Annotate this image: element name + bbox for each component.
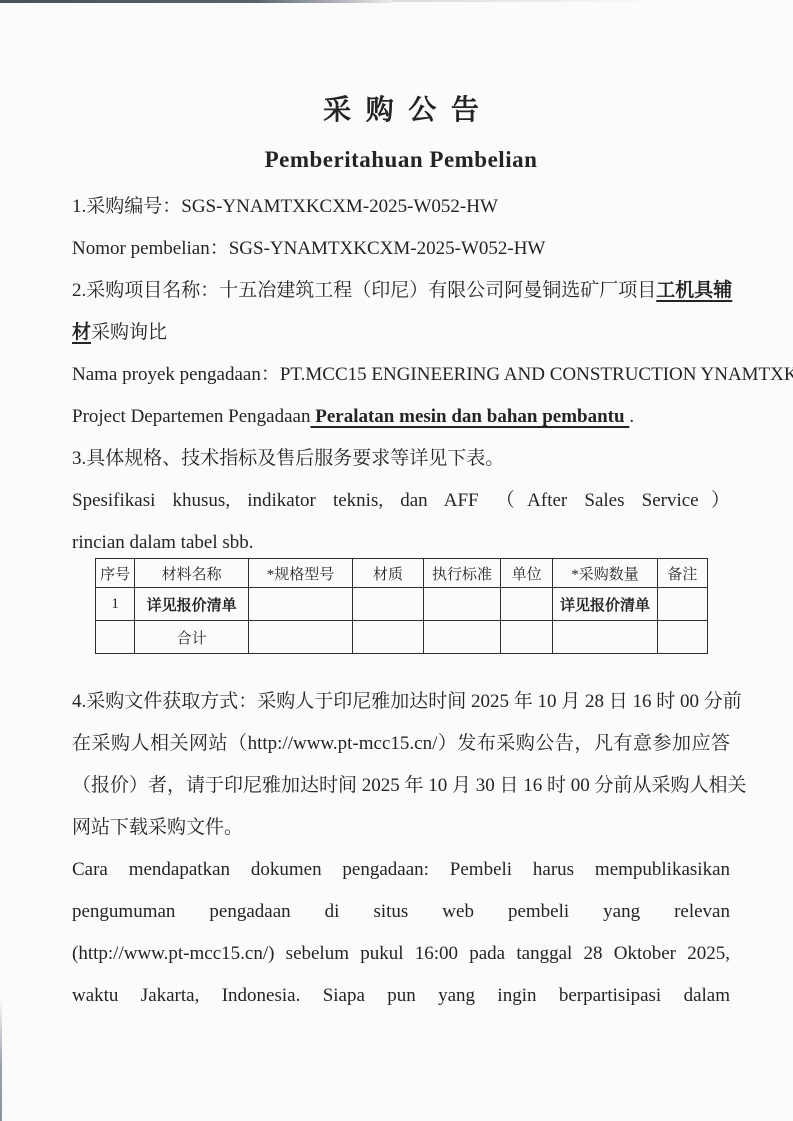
document-line: 网站下载采购文件。 (72, 807, 730, 849)
table-cell (553, 621, 658, 654)
document-line: 4.采购文件获取方式：采购人于印尼雅加达时间 2025 年 10 月 28 日 … (72, 681, 730, 723)
text-run: 2.采购项目名称：十五冶建筑工程（印尼）有限公司阿曼铜选矿厂项目 (72, 280, 656, 301)
underlined-text-run: Peralatan mesin dan bahan pembantu (310, 406, 629, 427)
text-run: (http://www.pt-mcc15.cn/) sebelum pukul … (72, 943, 730, 964)
text-run: 1.采购编号：SGS-YNAMTXKCXM-2025-W052-HW (72, 196, 498, 217)
text-run: 在采购人相关网站（http://www.pt-mcc15.cn/）发布采购公告，… (72, 733, 730, 754)
table-cell (353, 621, 424, 654)
specification-table: 序号材料名称*规格型号材质执行标准单位*采购数量备注1详见报价清单 详见报价清单… (95, 558, 708, 654)
document-line: 在采购人相关网站（http://www.pt-mcc15.cn/）发布采购公告，… (72, 723, 730, 765)
table-cell (353, 588, 424, 621)
text-run: （报价）者，请于印尼雅加达时间 2025 年 10 月 30 日 16 时 00… (72, 775, 747, 796)
document-line: (http://www.pt-mcc15.cn/) sebelum pukul … (72, 933, 730, 975)
table-cell: 合计 (135, 621, 249, 654)
document-line: 2.采购项目名称：十五冶建筑工程（印尼）有限公司阿曼铜选矿厂项目工机具辅 (72, 270, 730, 312)
table-row: 合计 (96, 621, 708, 654)
table-header-cell: 执行标准 (424, 559, 501, 588)
document-line: Cara mendapatkan dokumen pengadaan: Pemb… (72, 849, 730, 891)
text-run: Project Departemen Pengadaan (72, 406, 310, 427)
document-line: Spesifikasi khusus, indikator teknis, da… (72, 480, 730, 522)
table-cell (248, 588, 352, 621)
table-cell (501, 621, 553, 654)
table-header-cell: 单位 (501, 559, 553, 588)
paragraphs-after-table: 4.采购文件获取方式：采购人于印尼雅加达时间 2025 年 10 月 28 日 … (72, 681, 730, 1017)
document-line: 材采购询比 (72, 312, 730, 354)
scanned-document-page: 采购公告 Pemberitahuan Pembelian 1.采购编号：SGS-… (0, 0, 793, 1121)
table-header-cell: *采购数量 (553, 559, 658, 588)
table-header-cell: 序号 (96, 559, 135, 588)
document-content: 采购公告 Pemberitahuan Pembelian 1.采购编号：SGS-… (72, 0, 730, 1017)
paragraphs-before-table: 1.采购编号：SGS-YNAMTXKCXM-2025-W052-HWNomor … (72, 186, 730, 564)
document-line: waktu Jakarta, Indonesia. Siapa pun yang… (72, 975, 730, 1017)
text-run: pengumuman pengadaan di situs web pembel… (72, 901, 730, 922)
table-cell (657, 588, 707, 621)
table-cell: 详见报价清单 (553, 588, 658, 621)
text-run: Cara mendapatkan dokumen pengadaan: Pemb… (72, 859, 730, 880)
text-run: rincian dalam tabel sbb. (72, 532, 254, 553)
table-cell (657, 621, 707, 654)
table-header-cell: 材质 (353, 559, 424, 588)
table-header-cell: 备注 (657, 559, 707, 588)
table-cell: 1 (96, 588, 135, 621)
text-run: waktu Jakarta, Indonesia. Siapa pun yang… (72, 985, 730, 1006)
document-subtitle: Pemberitahuan Pembelian (72, 144, 730, 176)
text-run: . (629, 406, 634, 427)
text-run: Spesifikasi khusus, indikator teknis, da… (72, 490, 730, 511)
text-run: 3.具体规格、技术指标及售后服务要求等详见下表。 (72, 448, 504, 469)
document-line: Project Departemen Pengadaan Peralatan m… (72, 396, 730, 438)
text-run: 采购询比 (91, 322, 167, 343)
table-header-cell: *规格型号 (248, 559, 352, 588)
table-cell (424, 621, 501, 654)
document-title: 采购公告 (72, 92, 730, 130)
underlined-text-run: 工机具辅 (656, 280, 732, 301)
underlined-text-run: 材 (72, 322, 91, 343)
table-cell: 详见报价清单 (135, 588, 249, 621)
text-run: 网站下载采购文件。 (72, 817, 243, 838)
document-line: （报价）者，请于印尼雅加达时间 2025 年 10 月 30 日 16 时 00… (72, 765, 730, 807)
document-line: 3.具体规格、技术指标及售后服务要求等详见下表。 (72, 438, 730, 480)
text-run: Nama proyek pengadaan：PT.MCC15 ENGINEERI… (72, 364, 793, 385)
table-row: 1详见报价清单 详见报价清单 (96, 588, 708, 621)
table-cell (424, 588, 501, 621)
text-run: Nomor pembelian：SGS-YNAMTXKCXM-2025-W052… (72, 238, 545, 259)
table-cell (96, 621, 135, 654)
table-cell (501, 588, 553, 621)
document-line: Nomor pembelian：SGS-YNAMTXKCXM-2025-W052… (72, 228, 730, 270)
table-cell (248, 621, 352, 654)
table-header-row: 序号材料名称*规格型号材质执行标准单位*采购数量备注 (96, 559, 708, 588)
document-line: 1.采购编号：SGS-YNAMTXKCXM-2025-W052-HW (72, 186, 730, 228)
text-run: 4.采购文件获取方式：采购人于印尼雅加达时间 2025 年 10 月 28 日 … (72, 691, 742, 712)
scan-artifact-left-edge (0, 998, 2, 1121)
document-line: Nama proyek pengadaan：PT.MCC15 ENGINEERI… (72, 354, 730, 396)
document-line: pengumuman pengadaan di situs web pembel… (72, 891, 730, 933)
